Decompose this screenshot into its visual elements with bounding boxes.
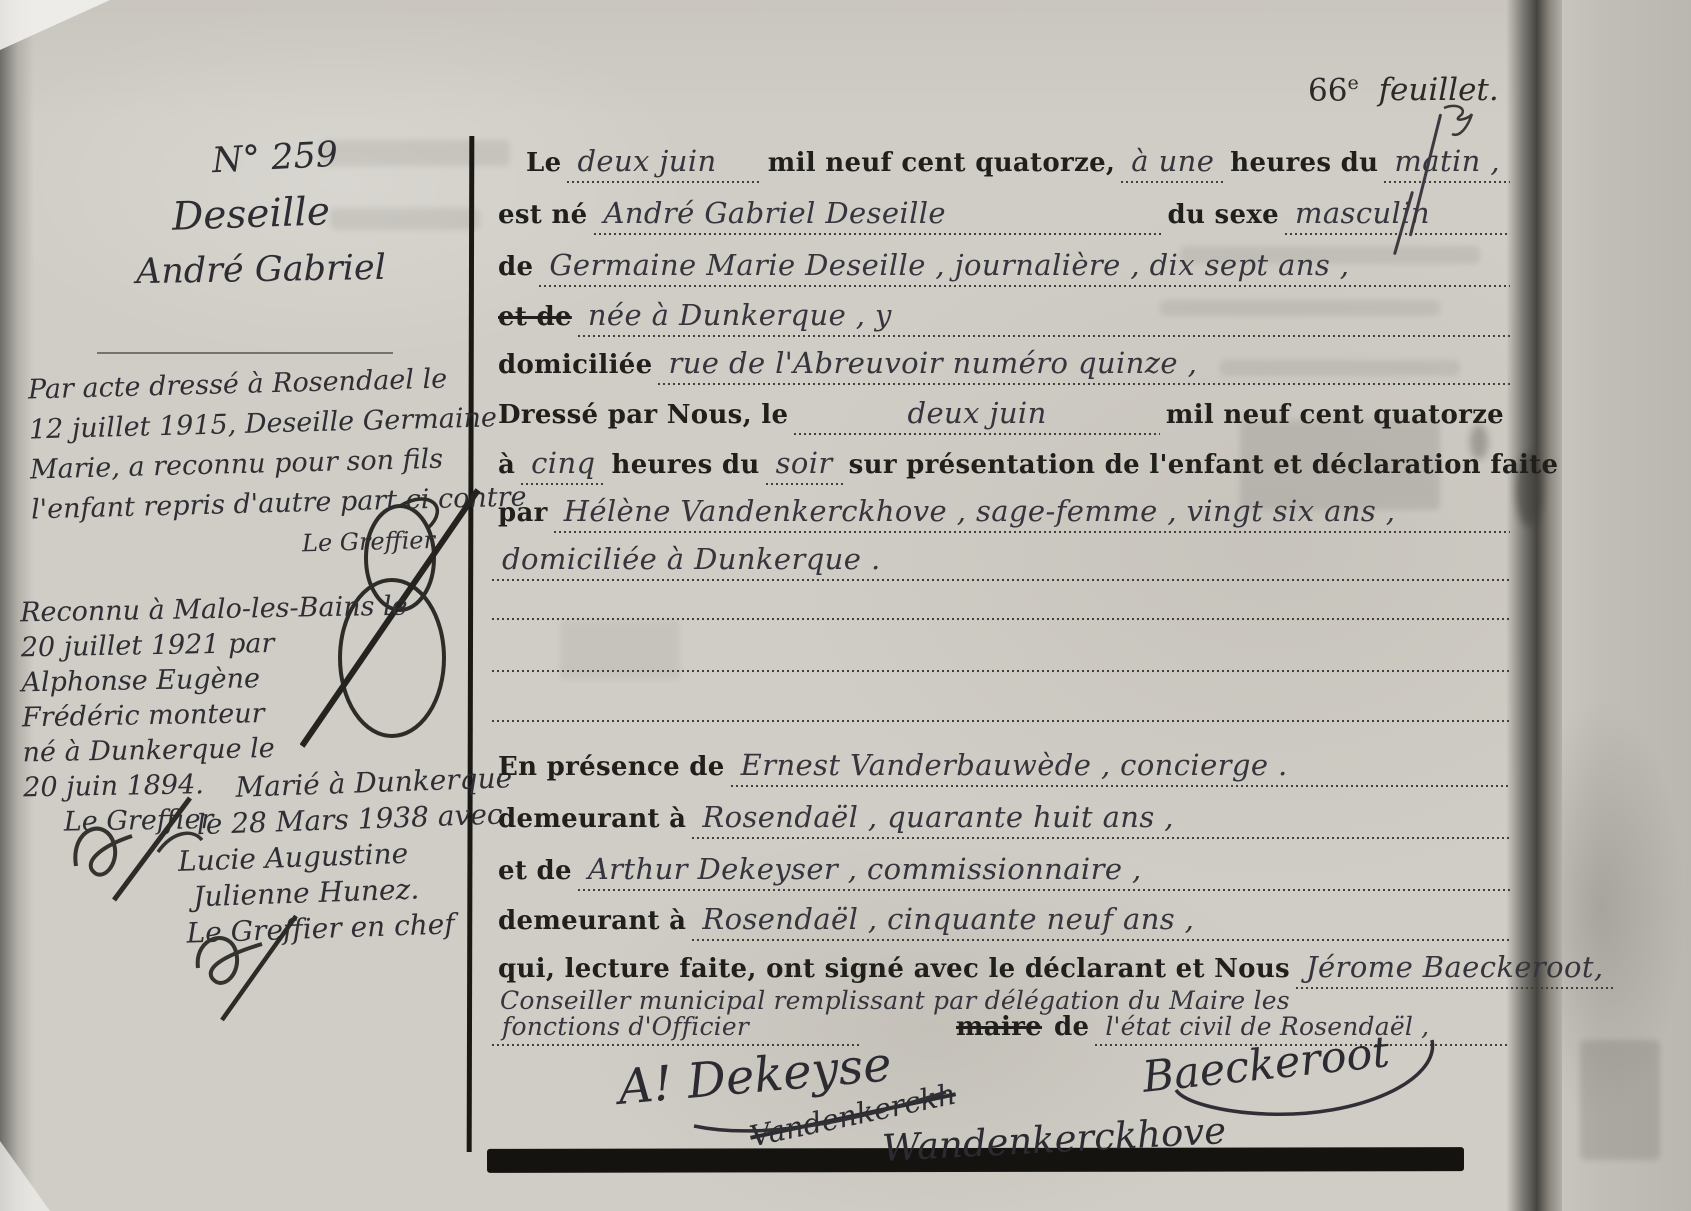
printed-label: En présence de [492, 752, 731, 785]
handwritten-officer-function: fonctions d'Officier [492, 1012, 860, 1046]
ink-bleed-mark [1580, 1040, 1660, 1160]
margin-note-line: Reconnu à Malo-les-Bains le [20, 589, 408, 631]
act-line-witness1-residence: demeurant à Rosendaël , quarante huit an… [492, 800, 1510, 839]
act-line-witness2-residence: demeurant à Rosendaël , cinquante neuf a… [492, 902, 1510, 941]
printed-label: mil neuf cent quatorze, [762, 148, 1121, 181]
printed-label: qui, lecture faite, ont signé avec le dé… [492, 954, 1296, 987]
act-blank-rule [492, 596, 1510, 620]
ink-bleed-mark [320, 140, 510, 166]
act-line-declarant-residence: domiciliée à Dunkerque . [492, 542, 1510, 581]
act-line-drawn-up-hour: à cinq heures du soir sur présentation d… [492, 446, 1510, 485]
act-line-address: domiciliée rue de l'Abreuvoir numéro qui… [492, 346, 1510, 385]
printed-label: heures du [1224, 148, 1384, 181]
act-blank-rule [492, 648, 1510, 672]
act-line-witness2: et de Arthur Dekeyser , commissionnaire … [492, 852, 1510, 891]
folio-number: 66 [1308, 72, 1347, 108]
printed-label: Le [492, 148, 567, 181]
act-blank-rule [492, 698, 1510, 722]
margin-child-given-names: André Gabriel [136, 248, 387, 292]
printed-label: sur présentation de l'enfant et déclarat… [843, 450, 1565, 483]
printed-label: par [492, 498, 554, 531]
handwritten-declarant-residence: domiciliée à Dunkerque . [492, 542, 1510, 581]
dotted-rule [492, 698, 1510, 722]
handwritten-act-day: deux juin [794, 396, 1160, 435]
printed-label: domiciliée [492, 350, 658, 383]
dotted-rule [492, 648, 1510, 672]
marginal-paraph-icon [178, 908, 328, 1023]
handwritten-period: matin , [1384, 144, 1510, 183]
printed-label: et de [492, 856, 578, 889]
act-line-declarant: par Hélène Vandenkerckhove , sage-femme … [492, 494, 1510, 533]
printed-label: mil neuf cent quatorze [1160, 400, 1510, 433]
act-line-officer-title: Conseiller municipal remplissant par dél… [492, 986, 1510, 1015]
handwritten-birthplace: née à Dunkerque , y [578, 298, 1510, 337]
printed-label: est né [492, 200, 594, 233]
handwritten-witness1: Ernest Vanderbauwède , concierge . [731, 748, 1510, 787]
folio-paraph-icon [1438, 100, 1482, 140]
handwritten-act-hour: cinq [521, 446, 605, 485]
act-line-witness1: En présence de Ernest Vanderbauwède , co… [492, 748, 1510, 787]
printed-label: demeurant à [492, 906, 692, 939]
handwritten-child-name: André Gabriel Deseille [594, 196, 1162, 235]
margin-child-surname: Deseille [171, 189, 330, 239]
act-line-drawn-up-date: Dressé par Nous, le deux juin mil neuf c… [492, 396, 1510, 435]
printed-label: Dressé par Nous, le [492, 400, 794, 433]
handwritten-address: rue de l'Abreuvoir numéro quinze , [658, 346, 1510, 385]
act-line-mother: de Germaine Marie Deseille , journalière… [492, 248, 1510, 287]
printed-label: du sexe [1162, 200, 1285, 233]
margin-act-number: N° 259 [211, 135, 339, 182]
printed-label: de [492, 252, 539, 285]
margin-divider-line [97, 352, 393, 354]
handwritten-witness2-residence: Rosendaël , cinquante neuf ans , [692, 902, 1510, 941]
scanned-birth-record-page: { "folio": {"number": "66", "exp": "e", … [0, 0, 1691, 1211]
dotted-rule [492, 596, 1510, 620]
printed-label: à [492, 450, 521, 483]
handwritten-witness2: Arthur Dekeyser , commissionnaire , [578, 852, 1510, 891]
printed-label: heures du [606, 450, 766, 483]
handwritten-hour: à une [1121, 144, 1224, 183]
handwritten-declarant: Hélène Vandenkerckhove , sage-femme , vi… [554, 494, 1510, 533]
handwritten-mother: Germaine Marie Deseille , journalière , … [539, 248, 1510, 287]
next-page-edge [1562, 0, 1691, 1211]
dekeyser-signature-flourish [690, 1086, 950, 1146]
act-line-officer: qui, lecture faite, ont signé avec le dé… [492, 950, 1510, 989]
baeckeroot-signature-flourish [1170, 1032, 1440, 1132]
handwritten-witness1-residence: Rosendaël , quarante huit ans , [692, 800, 1510, 839]
folio-ordinal: e [1347, 72, 1358, 94]
act-line-birthplace: et de née à Dunkerque , y [492, 298, 1510, 337]
book-spine-edge-right [1506, 0, 1562, 1211]
printed-label-struck: maire [950, 1012, 1048, 1045]
handwritten-officer-name: Jérome Baeckeroot, [1296, 950, 1614, 989]
handwritten-act-period: soir [766, 446, 843, 485]
ink-bleed-mark [330, 208, 480, 230]
handwritten-sex: masculin [1285, 196, 1510, 235]
printed-label: de [1048, 1012, 1095, 1045]
handwritten-officer-title: Conseiller municipal remplissant par dél… [492, 986, 1290, 1015]
printed-label: demeurant à [492, 804, 692, 837]
printed-label-struck: et de [492, 302, 578, 335]
act-line-birth-date: Le deux juin mil neuf cent quatorze, à u… [492, 144, 1510, 183]
handwritten-birth-day: deux juin [567, 144, 761, 183]
act-line-child-name: est né André Gabriel Deseille du sexe ma… [492, 196, 1510, 235]
